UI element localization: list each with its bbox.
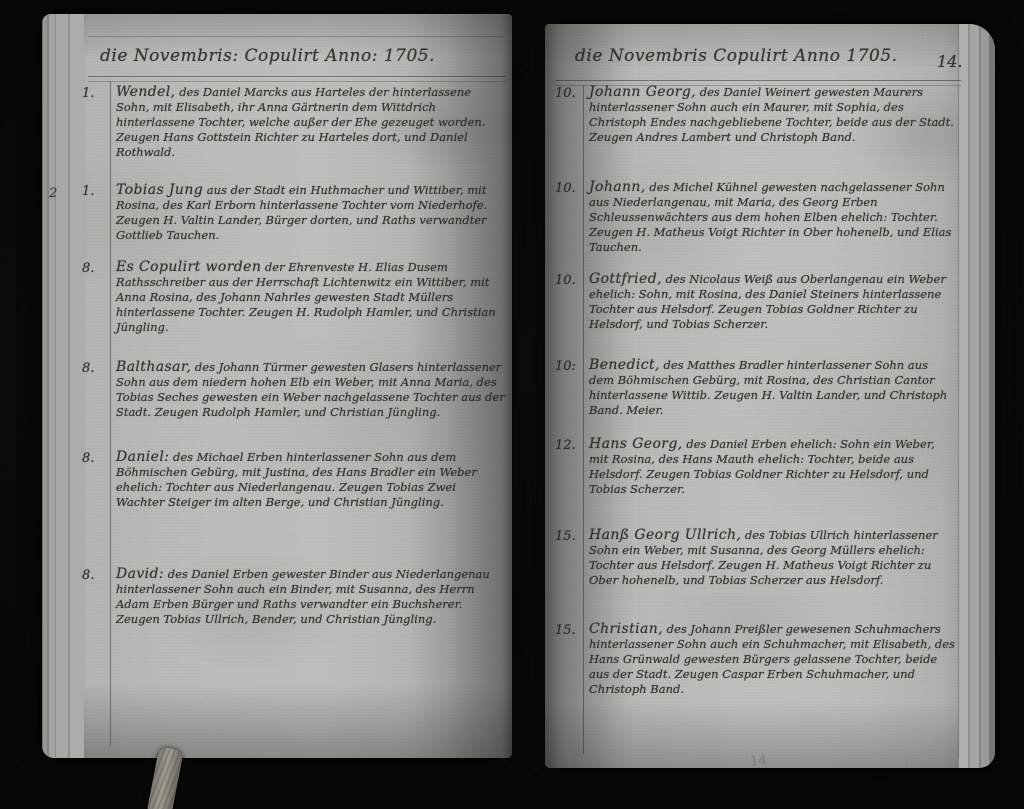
- entry-lead: Johann,: [589, 179, 646, 195]
- entry-number: 1.: [82, 183, 116, 243]
- left-page-edge-stack: [42, 14, 84, 758]
- entry-lead: Benedict,: [589, 357, 660, 373]
- rule: [88, 76, 506, 77]
- register-entry: 8. Daniel: des Michael Erben hinterlasse…: [82, 450, 506, 510]
- register-entry: 1. Wendel, des Daniel Marcks aus Hartele…: [82, 85, 506, 160]
- right-page: die Novembris Copulirt Anno 1705. 14. 10…: [545, 24, 995, 768]
- rule: [88, 36, 504, 37]
- entry-number: 10.: [555, 272, 589, 332]
- register-entry: 10. Johann Georg, des Daniel Weinert gew…: [555, 85, 955, 145]
- register-entry: 10. Gottfried, des Nicolaus Weiß aus Obe…: [555, 272, 955, 332]
- register-entry: 10: Benedict, des Matthes Bradler hinter…: [555, 358, 955, 418]
- entry-lead: Johann Georg,: [589, 84, 696, 100]
- entry-number: 8.: [82, 260, 116, 335]
- entry-lead: Es Copulirt worden: [116, 259, 261, 275]
- right-margin-rule: [958, 24, 959, 758]
- entry-number: 15.: [555, 622, 589, 697]
- entry-number: 10.: [555, 85, 589, 145]
- register-entry: 8. David: des Daniel Erben gewester Bind…: [82, 567, 506, 627]
- register-entry: 15. Christian, des Johann Preißler gewes…: [555, 622, 955, 697]
- edge-number: 2: [49, 186, 57, 201]
- entry-number: 8.: [82, 567, 116, 627]
- entry-number: 1.: [82, 85, 116, 160]
- entry-text: des Daniel Erben gewester Binder aus Nie…: [116, 567, 490, 626]
- entry-number: 8.: [82, 360, 116, 420]
- register-entry: 1. Tobias Jung aus der Stadt ein Huthmac…: [82, 183, 506, 243]
- entry-lead: Balthasar,: [116, 359, 191, 375]
- entry-number: 10:: [555, 358, 589, 418]
- entry-lead: Christian,: [589, 621, 663, 637]
- rule: [88, 81, 506, 82]
- entry-lead: David:: [116, 566, 164, 582]
- right-page-header: die Novembris Copulirt Anno 1705.: [575, 46, 898, 66]
- register-entry: 10. Johann, des Michel Kühnel gewesten n…: [555, 180, 955, 255]
- entry-lead: Tobias Jung: [116, 182, 203, 198]
- scan-background: die Novembris: Copulirt Anno: 1705. 2 1.…: [0, 0, 1024, 809]
- entry-lead: Wendel,: [116, 84, 176, 100]
- entry-number: 10.: [555, 180, 589, 255]
- entry-number: 12.: [555, 437, 589, 497]
- register-entry: 15. Hanß Georg Ullrich, des Tobias Ullri…: [555, 528, 955, 588]
- entry-lead: Daniel:: [116, 449, 169, 465]
- register-entry: 12. Hans Georg, des Daniel Erben ehelich…: [555, 437, 955, 497]
- entry-lead: Gottfried,: [589, 271, 662, 287]
- entry-number: 15.: [555, 528, 589, 588]
- rule: [555, 80, 961, 81]
- entry-lead: Hanß Georg Ullrich,: [589, 527, 741, 543]
- entry-text: des Michael Erben hinterlassener Sohn au…: [116, 450, 477, 509]
- register-entry: 8. Es Copulirt worden der Ehrenveste H. …: [82, 260, 506, 335]
- entry-lead: Hans Georg,: [589, 436, 683, 452]
- left-page: die Novembris: Copulirt Anno: 1705. 2 1.…: [42, 14, 512, 758]
- entry-number: 8.: [82, 450, 116, 510]
- register-entry: 8. Balthasar, des Johann Türmer gewesten…: [82, 360, 506, 420]
- left-page-header: die Novembris: Copulirt Anno: 1705.: [100, 46, 435, 66]
- right-page-edge-stack: [959, 24, 995, 768]
- pencil-page-number: 14: [749, 753, 767, 768]
